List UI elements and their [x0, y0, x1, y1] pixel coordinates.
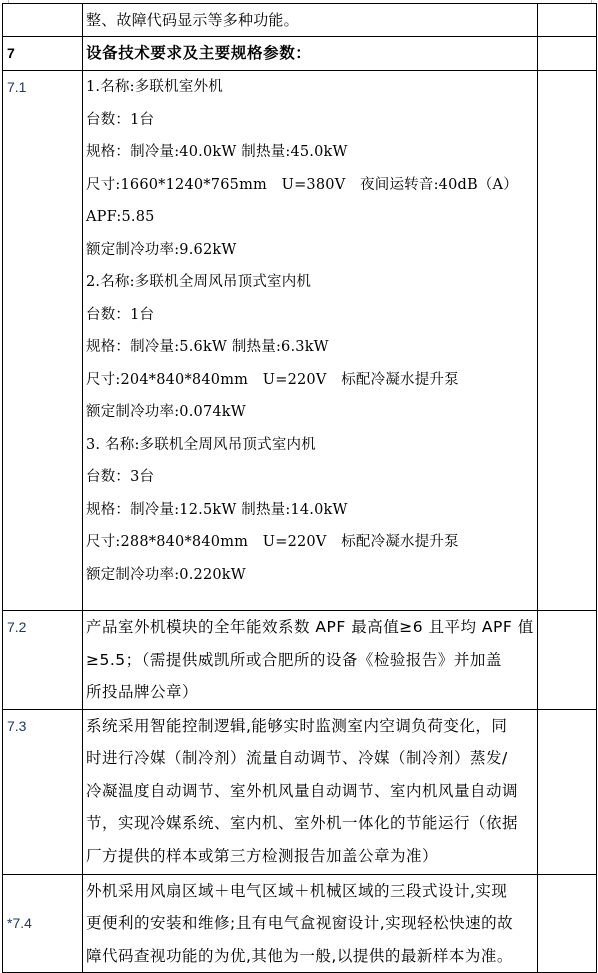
unit-spec: 规格：制冷量:12.5kW 制热量:14.0kW: [86, 494, 535, 527]
table-row-7-3: 7.3 系统采用智能控制逻辑,能够实时监测室内空调负荷变化，同 时进行冷媒（制冷…: [3, 709, 597, 874]
row-number-cell: 7.3: [3, 709, 83, 874]
content-line: 障代码查视功能的为优,其他为一般,以提供的最新样本为准。: [86, 940, 535, 973]
row-number-cell: 7.1: [3, 71, 83, 611]
row-remark-cell: [538, 4, 597, 37]
row-content-cell: 产品室外机模块的全年能效系数 APF 最高值≥6 且平均 APF 值 ≥5.5；…: [83, 611, 538, 710]
content-line: 系统采用智能控制逻辑,能够实时监测室内空调负荷变化，同: [86, 710, 535, 743]
table-row-7-2: 7.2 产品室外机模块的全年能效系数 APF 最高值≥6 且平均 APF 值 ≥…: [3, 611, 597, 710]
row-remark-cell: [538, 611, 597, 710]
unit-power: 额定制冷功率:0.074kW: [86, 396, 535, 429]
content-line: 时进行冷媒（制冷剂）流量自动调节、冷媒（制冷剂）蒸发/: [86, 742, 535, 775]
content-line: 外机采用风扇区域＋电气区域＋机械区域的三段式设计,实现: [86, 875, 535, 908]
unit-power: 额定制冷功率:0.220kW: [86, 559, 535, 592]
unit-indoor-1: 2.名称:多联机全周风吊顶式室内机 台数：1台 规格：制冷量:5.6kW 制热量…: [86, 266, 535, 429]
row-number-cell: 7.2: [3, 611, 83, 710]
unit-apf: APF:5.85: [86, 201, 535, 234]
unit-size: 尺寸:288*840*840mm U=220V 标配冷凝水提升泵: [86, 526, 535, 559]
table-row-7-4: *7.4 外机采用风扇区域＋电气区域＋机械区域的三段式设计,实现 更便利的安装和…: [3, 874, 597, 973]
unit-name: 2.名称:多联机全周风吊顶式室内机: [86, 266, 535, 299]
unit-quantity: 台数：3台: [86, 461, 535, 494]
content-line: 厂方提供的样本或第三方检测报告加盖公章为准）: [86, 840, 535, 873]
content-line: 冷凝温度自动调节、室外机风量自动调节、室内机风量自动调: [86, 775, 535, 808]
row-number-cell: 7: [3, 37, 83, 71]
row-content-cell: 整、故障代码显示等多种功能。: [83, 4, 538, 37]
content-line: 所投品牌公章）: [86, 676, 535, 709]
content-line: ≥5.5；（需提供威凯所或合肥所的设备《检验报告》并加盖: [86, 644, 535, 677]
unit-indoor-2: 3. 名称:多联机全周风吊顶式室内机 台数：3台 规格：制冷量:12.5kW 制…: [86, 429, 535, 592]
unit-size: 尺寸:204*840*840mm U=220V 标配冷凝水提升泵: [86, 364, 535, 397]
unit-name: 1.名称:多联机室外机: [86, 71, 535, 104]
row-number-cell: [3, 4, 83, 37]
unit-spec: 规格：制冷量:40.0kW 制热量:45.0kW: [86, 136, 535, 169]
row-remark-cell: [538, 874, 597, 973]
row-content-cell: 外机采用风扇区域＋电气区域＋机械区域的三段式设计,实现 更便利的安装和维修;且有…: [83, 874, 538, 973]
unit-spec: 规格：制冷量:5.6kW 制热量:6.3kW: [86, 331, 535, 364]
row-content-cell: 设备技术要求及主要规格参数：: [83, 37, 538, 71]
row-remark-cell: [538, 37, 597, 71]
unit-power: 额定制冷功率:9.62kW: [86, 234, 535, 267]
unit-size: 尺寸:1660*1240*765mm U=380V 夜间运转音:40dB（A）: [86, 169, 535, 202]
content-line: 更便利的安装和维修;且有电气盒视窗设计,实现轻松快速的故: [86, 907, 535, 940]
content-line: 节，实现冷媒系统、室内机、室外机一体化的节能运行（依据: [86, 807, 535, 840]
table-row-continuation: 整、故障代码显示等多种功能。: [3, 4, 597, 37]
unit-quantity: 台数：1台: [86, 104, 535, 137]
row-content-cell: 系统采用智能控制逻辑,能够实时监测室内空调负荷变化，同 时进行冷媒（制冷剂）流量…: [83, 709, 538, 874]
table-row-7-1: 7.1 1.名称:多联机室外机 台数：1台 规格：制冷量:40.0kW 制热量:…: [3, 71, 597, 611]
section-title: 设备技术要求及主要规格参数：: [86, 37, 535, 70]
unit-name: 3. 名称:多联机全周风吊顶式室内机: [86, 429, 535, 462]
row-content-cell: 1.名称:多联机室外机 台数：1台 规格：制冷量:40.0kW 制热量:45.0…: [83, 71, 538, 611]
row-number-cell: *7.4: [3, 874, 83, 973]
table-row-section-7: 7 设备技术要求及主要规格参数：: [3, 37, 597, 71]
spec-table: 整、故障代码显示等多种功能。 7 设备技术要求及主要规格参数： 7.1 1.名称…: [2, 3, 597, 973]
unit-outdoor: 1.名称:多联机室外机 台数：1台 规格：制冷量:40.0kW 制热量:45.0…: [86, 71, 535, 266]
content-line: 整、故障代码显示等多种功能。: [86, 4, 535, 36]
unit-quantity: 台数：1台: [86, 299, 535, 332]
row-remark-cell: [538, 709, 597, 874]
row-remark-cell: [538, 71, 597, 611]
content-line: 产品室外机模块的全年能效系数 APF 最高值≥6 且平均 APF 值: [86, 611, 535, 644]
